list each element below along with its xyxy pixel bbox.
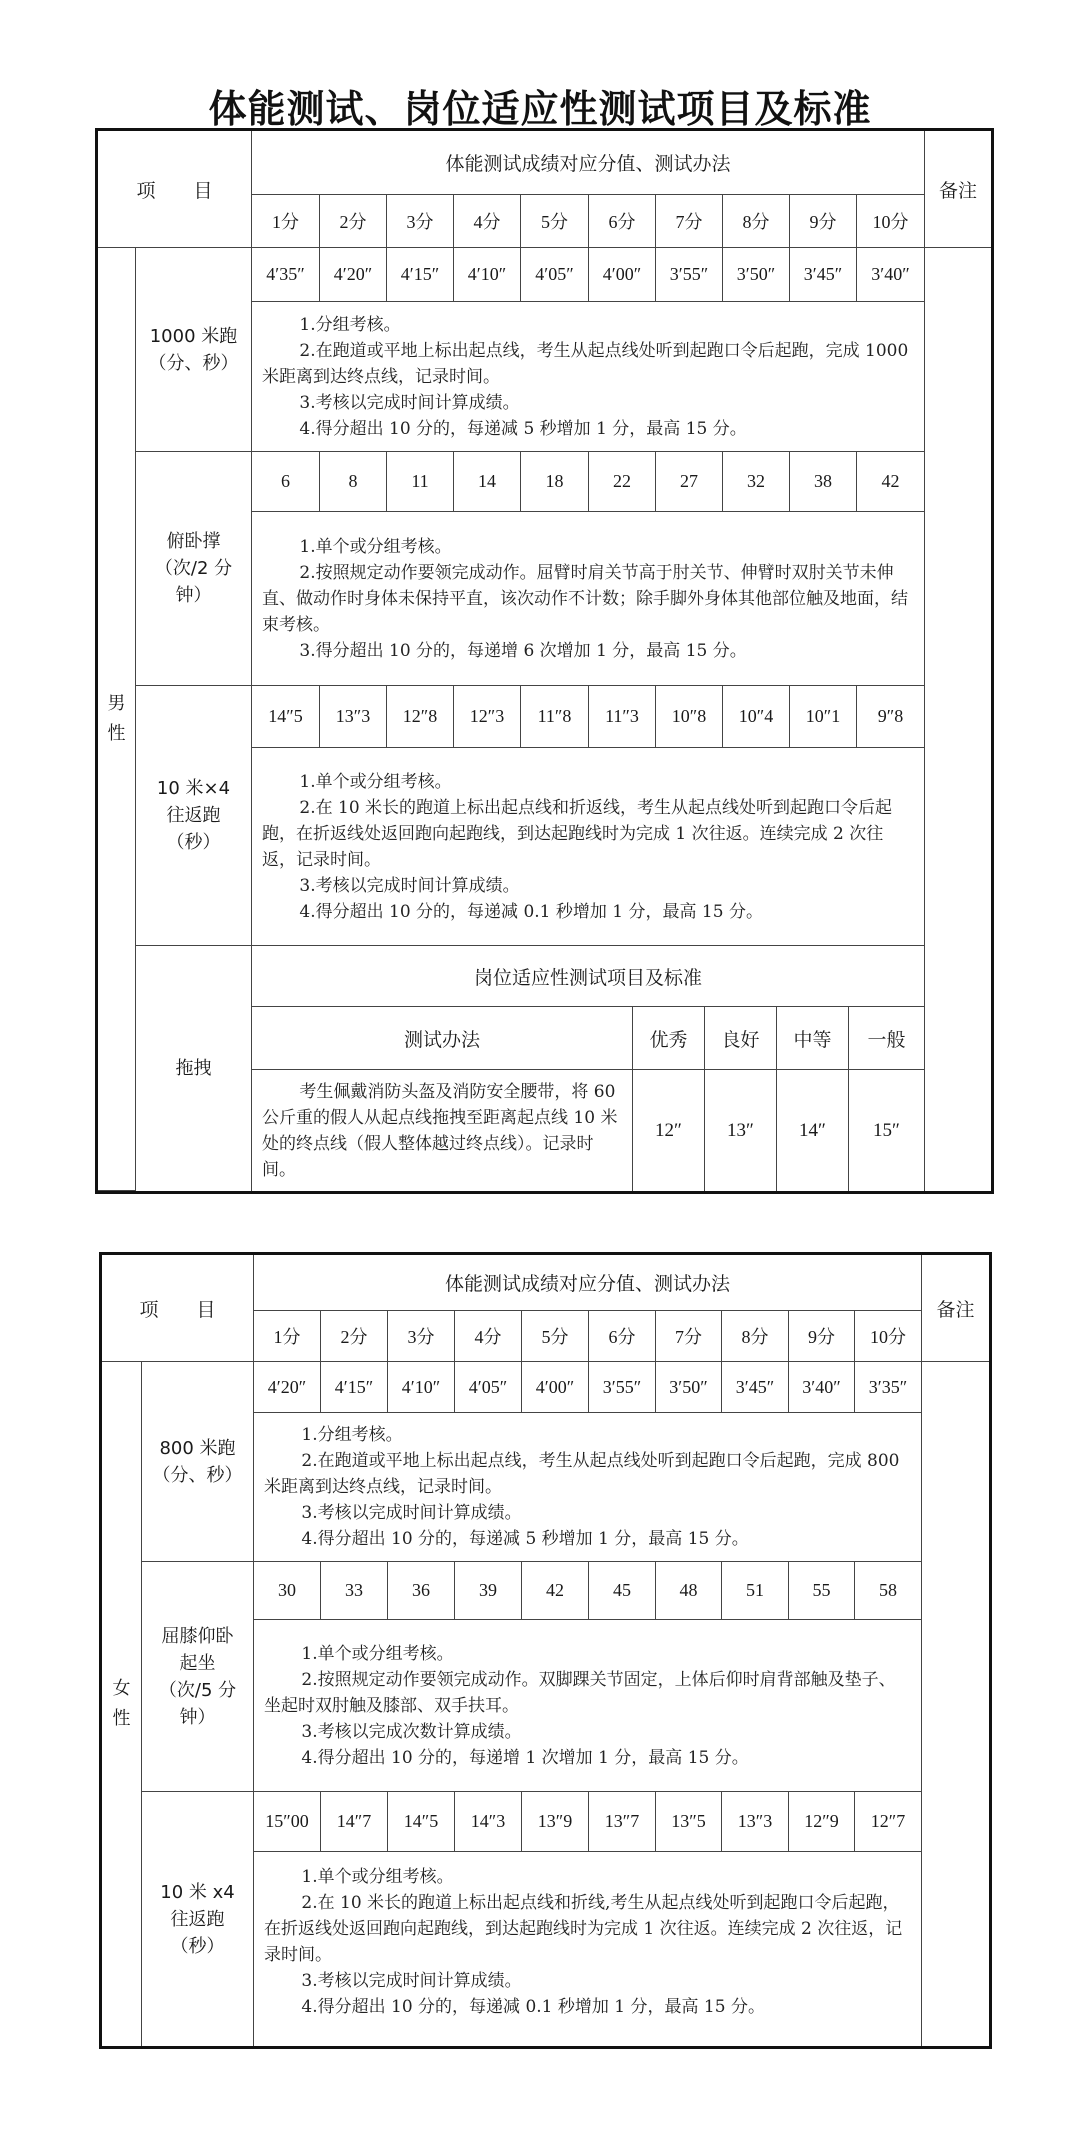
score-level-header: 8分	[723, 195, 790, 248]
method-step: 4.得分超出 10 分的，每递减 5 秒增加 1 分，最高 15 分。	[264, 1526, 911, 1552]
score-value: 22	[589, 452, 656, 512]
score-value: 6	[252, 452, 320, 512]
grade-value: 14″	[777, 1070, 849, 1191]
test-item-name: 10 米 x4往返跑（秒）	[142, 1792, 254, 2046]
score-value: 30	[254, 1562, 321, 1620]
score-level-header: 10分	[857, 195, 925, 248]
test-method: 1.分组考核。2.在跑道或平地上标出起点线，考生从起点线处听到起跑口令后起跑，完…	[254, 1413, 922, 1562]
score-value: 4′10″	[388, 1362, 455, 1413]
test-item-name-line: 往返跑	[167, 802, 221, 829]
score-value: 12″7	[855, 1792, 922, 1852]
test-item-name-line: 往返跑	[171, 1906, 225, 1933]
score-level-header: 2分	[320, 195, 387, 248]
method-step: 2.在 10 米长的跑道上标出起点线和折线,考生从起点线处听到起跑口令后起跑，在…	[264, 1890, 911, 1968]
score-level-header: 5分	[521, 195, 589, 248]
gender-char: 男	[108, 689, 126, 719]
test-item-name-line: 钟）	[180, 1704, 216, 1731]
item-header: 项 目	[102, 1255, 254, 1362]
method-step: 4.得分超出 10 分的，每递减 0.1 秒增加 1 分，最高 15 分。	[262, 899, 914, 925]
score-value: 12″8	[387, 686, 454, 748]
score-value: 18	[521, 452, 589, 512]
score-value: 42	[522, 1562, 589, 1620]
score-level-header: 10分	[855, 1311, 922, 1362]
job-fitness-section-title: 岗位适应性测试项目及标准	[252, 946, 925, 1007]
score-value: 3′40″	[789, 1362, 855, 1413]
method-step: 2.在跑道或平地上标出起点线，考生从起点线处听到起跑口令后起跑，完成 800 米…	[264, 1448, 911, 1500]
test-item-name: 屈膝仰卧起坐（次/5 分钟）	[142, 1562, 254, 1792]
test-item-name: 俯卧撑（次/2 分钟）	[136, 452, 252, 686]
score-value: 13″3	[722, 1792, 789, 1852]
score-value: 3′50″	[656, 1362, 722, 1413]
score-level-header: 1分	[252, 195, 320, 248]
method-step: 3.考核以完成时间计算成绩。	[262, 390, 914, 416]
method-step: 3.考核以完成时间计算成绩。	[264, 1968, 911, 1994]
grade-header: 中等	[777, 1007, 849, 1070]
score-value: 3′55″	[656, 248, 723, 302]
score-value: 27	[656, 452, 723, 512]
method-step: 2.在 10 米长的跑道上标出起点线和折返线，考生从起点线处听到起跑口令后起跑，…	[262, 795, 914, 873]
item-header-label: 项 目	[139, 1295, 215, 1322]
method-step: 4.得分超出 10 分的，每递减 5 秒增加 1 分，最高 15 分。	[262, 416, 914, 442]
test-item-name: 1000 米跑（分、秒）	[136, 248, 252, 452]
test-method: 1.单个或分组考核。2.在 10 米长的跑道上标出起点线和折线,考生从起点线处听…	[254, 1852, 922, 2046]
test-item-name-line: （分、秒）	[149, 350, 239, 377]
score-level-header: 5分	[522, 1311, 589, 1362]
remarks-header: 备注	[922, 1255, 989, 1362]
test-item-name-line: （分、秒）	[153, 1462, 243, 1489]
drag-method: 考生佩戴消防头盔及消防安全腰带，将 60 公斤重的假人从起点线拖拽至距离起点线 …	[252, 1070, 633, 1191]
score-level-header: 2分	[321, 1311, 388, 1362]
score-value: 3′55″	[589, 1362, 656, 1413]
score-value: 12″9	[789, 1792, 855, 1852]
score-value: 48	[656, 1562, 722, 1620]
grade-value: 13″	[705, 1070, 777, 1191]
method-step: 2.按照规定动作要领完成动作。屈臂时肩关节高于肘关节、伸臂时双肘关节未伸直、做动…	[262, 560, 914, 638]
score-value: 4′10″	[454, 248, 521, 302]
score-value: 8	[320, 452, 387, 512]
grade-value: 12″	[633, 1070, 705, 1191]
score-value: 51	[722, 1562, 789, 1620]
score-level-header: 3分	[387, 195, 454, 248]
remarks-cell	[925, 248, 991, 1191]
score-value: 13″5	[656, 1792, 722, 1852]
score-value: 3′35″	[855, 1362, 922, 1413]
score-value: 4′00″	[522, 1362, 589, 1413]
score-value: 14″5	[388, 1792, 455, 1852]
score-value: 3′45″	[722, 1362, 789, 1413]
test-item-name: 10 米×4往返跑（秒）	[136, 686, 252, 946]
test-method: 1.单个或分组考核。2.按照规定动作要领完成动作。屈臂时肩关节高于肘关节、伸臂时…	[252, 512, 925, 686]
test-item-name-line: 10 米×4	[157, 775, 230, 802]
score-level-header: 7分	[656, 1311, 722, 1362]
score-level-header: 4分	[454, 195, 521, 248]
score-value: 4′05″	[455, 1362, 522, 1413]
score-value: 13″3	[320, 686, 387, 748]
method-step: 3.考核以完成时间计算成绩。	[262, 873, 914, 899]
score-value: 13″7	[589, 1792, 656, 1852]
score-value: 58	[855, 1562, 922, 1620]
test-item-name-line: 800 米跑	[159, 1435, 235, 1462]
score-value: 11″8	[521, 686, 589, 748]
score-value: 3′45″	[790, 248, 857, 302]
test-method: 1.分组考核。2.在跑道或平地上标出起点线，考生从起点线处听到起跑口令后起跑，完…	[252, 302, 925, 452]
test-method: 1.单个或分组考核。2.按照规定动作要领完成动作。双脚踝关节固定，上体后仰时肩背…	[254, 1620, 922, 1792]
page-title: 体能测试、岗位适应性测试项目及标准	[0, 78, 1080, 133]
test-item-name-line: 俯卧撑	[167, 528, 221, 555]
score-value: 15″00	[254, 1792, 321, 1852]
score-value: 4′20″	[254, 1362, 321, 1413]
method-step: 1.单个或分组考核。	[264, 1864, 911, 1890]
test-method: 1.单个或分组考核。2.在 10 米长的跑道上标出起点线和折返线，考生从起点线处…	[252, 748, 925, 946]
score-level-header: 4分	[455, 1311, 522, 1362]
test-item-name-line: （秒）	[171, 1933, 225, 1960]
score-level-header: 1分	[254, 1311, 321, 1362]
score-level-header: 9分	[790, 195, 857, 248]
method-step: 2.在跑道或平地上标出起点线，考生从起点线处听到起跑口令后起跑，完成 1000 …	[262, 338, 914, 390]
gender-char: 女	[113, 1674, 131, 1704]
score-value: 12″3	[454, 686, 521, 748]
method-step: 1.单个或分组考核。	[264, 1641, 911, 1667]
method-step: 4.得分超出 10 分的，每递减 0.1 秒增加 1 分，最高 15 分。	[264, 1994, 911, 2020]
grade-header: 优秀	[633, 1007, 705, 1070]
scores-title: 体能测试成绩对应分值、测试办法	[252, 131, 925, 195]
grade-value: 15″	[849, 1070, 925, 1191]
score-value: 9″8	[857, 686, 925, 748]
test-item-name-line: （秒）	[167, 829, 221, 856]
score-value: 10″4	[723, 686, 790, 748]
score-value: 14″5	[252, 686, 320, 748]
score-level-header: 7分	[656, 195, 723, 248]
score-value: 4′15″	[321, 1362, 388, 1413]
method-step: 3.考核以完成次数计算成绩。	[264, 1719, 911, 1745]
score-level-header: 6分	[589, 195, 656, 248]
score-value: 39	[455, 1562, 522, 1620]
score-value: 55	[789, 1562, 855, 1620]
score-value: 14	[454, 452, 521, 512]
method-step: 4.得分超出 10 分的，每递增 1 次增加 1 分，最高 15 分。	[264, 1745, 911, 1771]
test-item-name-line: 1000 米跑	[150, 323, 238, 350]
score-level-header: 8分	[722, 1311, 789, 1362]
score-value: 11	[387, 452, 454, 512]
score-level-header: 3分	[388, 1311, 455, 1362]
score-value: 11″3	[589, 686, 656, 748]
score-value: 45	[589, 1562, 656, 1620]
score-value: 3′50″	[723, 248, 790, 302]
gender-label-female: 女性	[102, 1362, 142, 2046]
score-value: 10″8	[656, 686, 723, 748]
item-header: 项 目	[98, 131, 252, 248]
score-value: 4′05″	[521, 248, 589, 302]
test-item-name: 800 米跑（分、秒）	[142, 1362, 254, 1562]
test-item-name-line: 屈膝仰卧	[162, 1623, 234, 1650]
remarks-header: 备注	[925, 131, 991, 248]
method-step: 1.分组考核。	[262, 312, 914, 338]
grade-header: 一般	[849, 1007, 925, 1070]
remarks-cell	[922, 1362, 989, 2046]
drag-method-text: 考生佩戴消防头盔及消防安全腰带，将 60 公斤重的假人从起点线拖拽至距离起点线 …	[262, 1079, 622, 1183]
score-value: 32	[723, 452, 790, 512]
score-value: 4′35″	[252, 248, 320, 302]
test-item-name-line: 钟）	[176, 582, 212, 609]
method-step: 2.按照规定动作要领完成动作。双脚踝关节固定，上体后仰时肩背部触及垫子、坐起时双…	[264, 1667, 911, 1719]
gender-char: 性	[113, 1704, 131, 1734]
score-value: 13″9	[522, 1792, 589, 1852]
score-level-header: 9分	[789, 1311, 855, 1362]
method-step: 1.单个或分组考核。	[262, 534, 914, 560]
test-item-name-line: 起坐	[180, 1650, 216, 1677]
score-value: 10″1	[790, 686, 857, 748]
drag-item-name: 拖拽	[136, 946, 252, 1191]
grade-header: 良好	[705, 1007, 777, 1070]
item-header-label: 项 目	[136, 176, 212, 203]
score-value: 36	[388, 1562, 455, 1620]
score-value: 4′00″	[589, 248, 656, 302]
score-value: 38	[790, 452, 857, 512]
score-value: 14″7	[321, 1792, 388, 1852]
scores-title: 体能测试成绩对应分值、测试办法	[254, 1255, 922, 1311]
method-step: 1.分组考核。	[264, 1422, 911, 1448]
gender-char: 性	[108, 719, 126, 749]
score-value: 42	[857, 452, 925, 512]
method-header: 测试办法	[252, 1007, 633, 1070]
score-value: 14″3	[455, 1792, 522, 1852]
score-value: 33	[321, 1562, 388, 1620]
score-value: 4′15″	[387, 248, 454, 302]
score-value: 3′40″	[857, 248, 925, 302]
method-step: 1.单个或分组考核。	[262, 769, 914, 795]
score-level-header: 6分	[589, 1311, 656, 1362]
test-item-name-line: （次/2 分	[155, 555, 232, 582]
gender-label-male: 男性	[98, 248, 136, 1191]
method-step: 3.得分超出 10 分的，每递增 6 次增加 1 分，最高 15 分。	[262, 638, 914, 664]
method-step: 3.考核以完成时间计算成绩。	[264, 1500, 911, 1526]
score-value: 4′20″	[320, 248, 387, 302]
test-item-name-line: 10 米 x4	[160, 1879, 234, 1906]
test-item-name-line: （次/5 分	[159, 1677, 236, 1704]
